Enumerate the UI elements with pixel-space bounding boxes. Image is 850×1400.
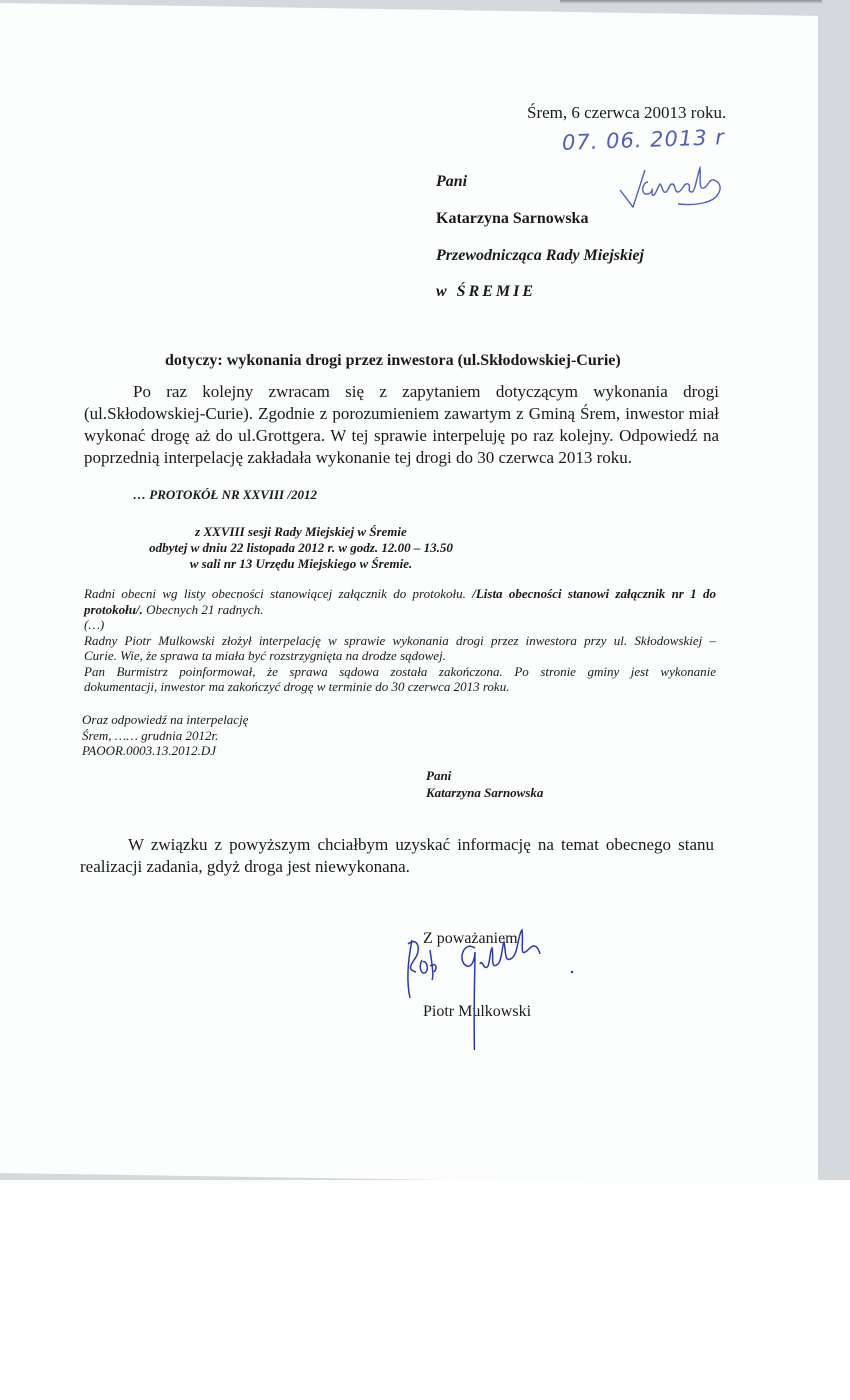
body-line: (ul.Skłodowskiej-Curie). Zgodnie z poroz… [84, 403, 719, 425]
received-initials-signature [615, 160, 765, 215]
attendance-note: Radni obecni wg listy obecności stanowią… [84, 586, 716, 695]
session-details: z XXVIII sesji Rady Miejskiej w Śremie o… [136, 524, 466, 572]
reply-recipient-name: Katarzyna Sarnowska [426, 784, 543, 801]
body-paragraph-2: W związku z powyższym chciałbym uzyskać … [80, 834, 714, 878]
reply-line: Oraz odpowiedź na interpelację [82, 712, 248, 728]
attendance-text: Radni obecni wg listy obecności stanowią… [84, 586, 466, 601]
body-line: wykonać drogę aż do ul.Grottgera. W tej … [84, 425, 719, 447]
body-line: realizacji zadania, gdyż droga jest niew… [80, 856, 714, 878]
reply-line: PAOOR.0003.13.2012.DJ [82, 743, 248, 759]
session-line: z XXVIII sesji Rady Miejskiej w Śremie [136, 524, 466, 540]
reply-line: Śrem, …… grudnia 2012r. [82, 728, 248, 744]
session-line: w sali nr 13 Urzędu Miejskiego w Śremie. [136, 556, 466, 572]
session-line: odbytej w dniu 22 listopada 2012 r. w go… [136, 540, 466, 556]
attendance-count: Obecnych 21 radnych. [146, 602, 263, 617]
place-date: Śrem, 6 czerwca 20013 roku. [527, 103, 726, 123]
interpellation-line: dokumentacji, inwestor ma zakończyć drog… [84, 679, 716, 695]
recipient-location: w ŚREMIE [436, 283, 536, 301]
interpellation-line: Pan Burmistrz poinformował, że sprawa są… [84, 664, 716, 680]
reply-reference: Oraz odpowiedź na interpelację Śrem, …… … [82, 712, 248, 759]
interpellation-line: Radny Piotr Mulkowski złożył interpelacj… [84, 633, 716, 649]
handwritten-signature [400, 920, 580, 1050]
recipient-title: Przewodnicząca Rady Miejskiej [436, 247, 644, 265]
page-edge-shadow [560, 0, 822, 4]
recipient-salutation: Pani [436, 173, 467, 191]
protocol-heading: … PROTOKÓŁ NR XXVIII /2012 [133, 487, 317, 503]
recipient-name: Katarzyna Sarnowska [436, 210, 588, 228]
ellipsis: (…) [84, 617, 716, 633]
reply-recipient-salutation: Pani [426, 767, 543, 784]
body-paragraph-1: Po raz kolejny zwracam się z zapytaniem … [84, 381, 719, 469]
interpellation-line: Curie. Wie, że sprawa ta miała być rozst… [84, 648, 716, 664]
letter-subject: dotyczy: wykonania drogi przez inwestora… [165, 352, 621, 370]
reply-recipient: Pani Katarzyna Sarnowska [426, 767, 543, 801]
attendance-attachment-bold: /Lista obecności stanowi załącznik nr 1 … [472, 586, 716, 601]
body-line: poprzednią interpelację zakładała wykona… [84, 447, 719, 469]
attendance-attachment-bold-2: protokołu/. [84, 602, 143, 617]
body-line: Po raz kolejny zwracam się z zapytaniem … [84, 381, 719, 403]
body-line: W związku z powyższym chciałbym uzyskać … [80, 834, 714, 856]
